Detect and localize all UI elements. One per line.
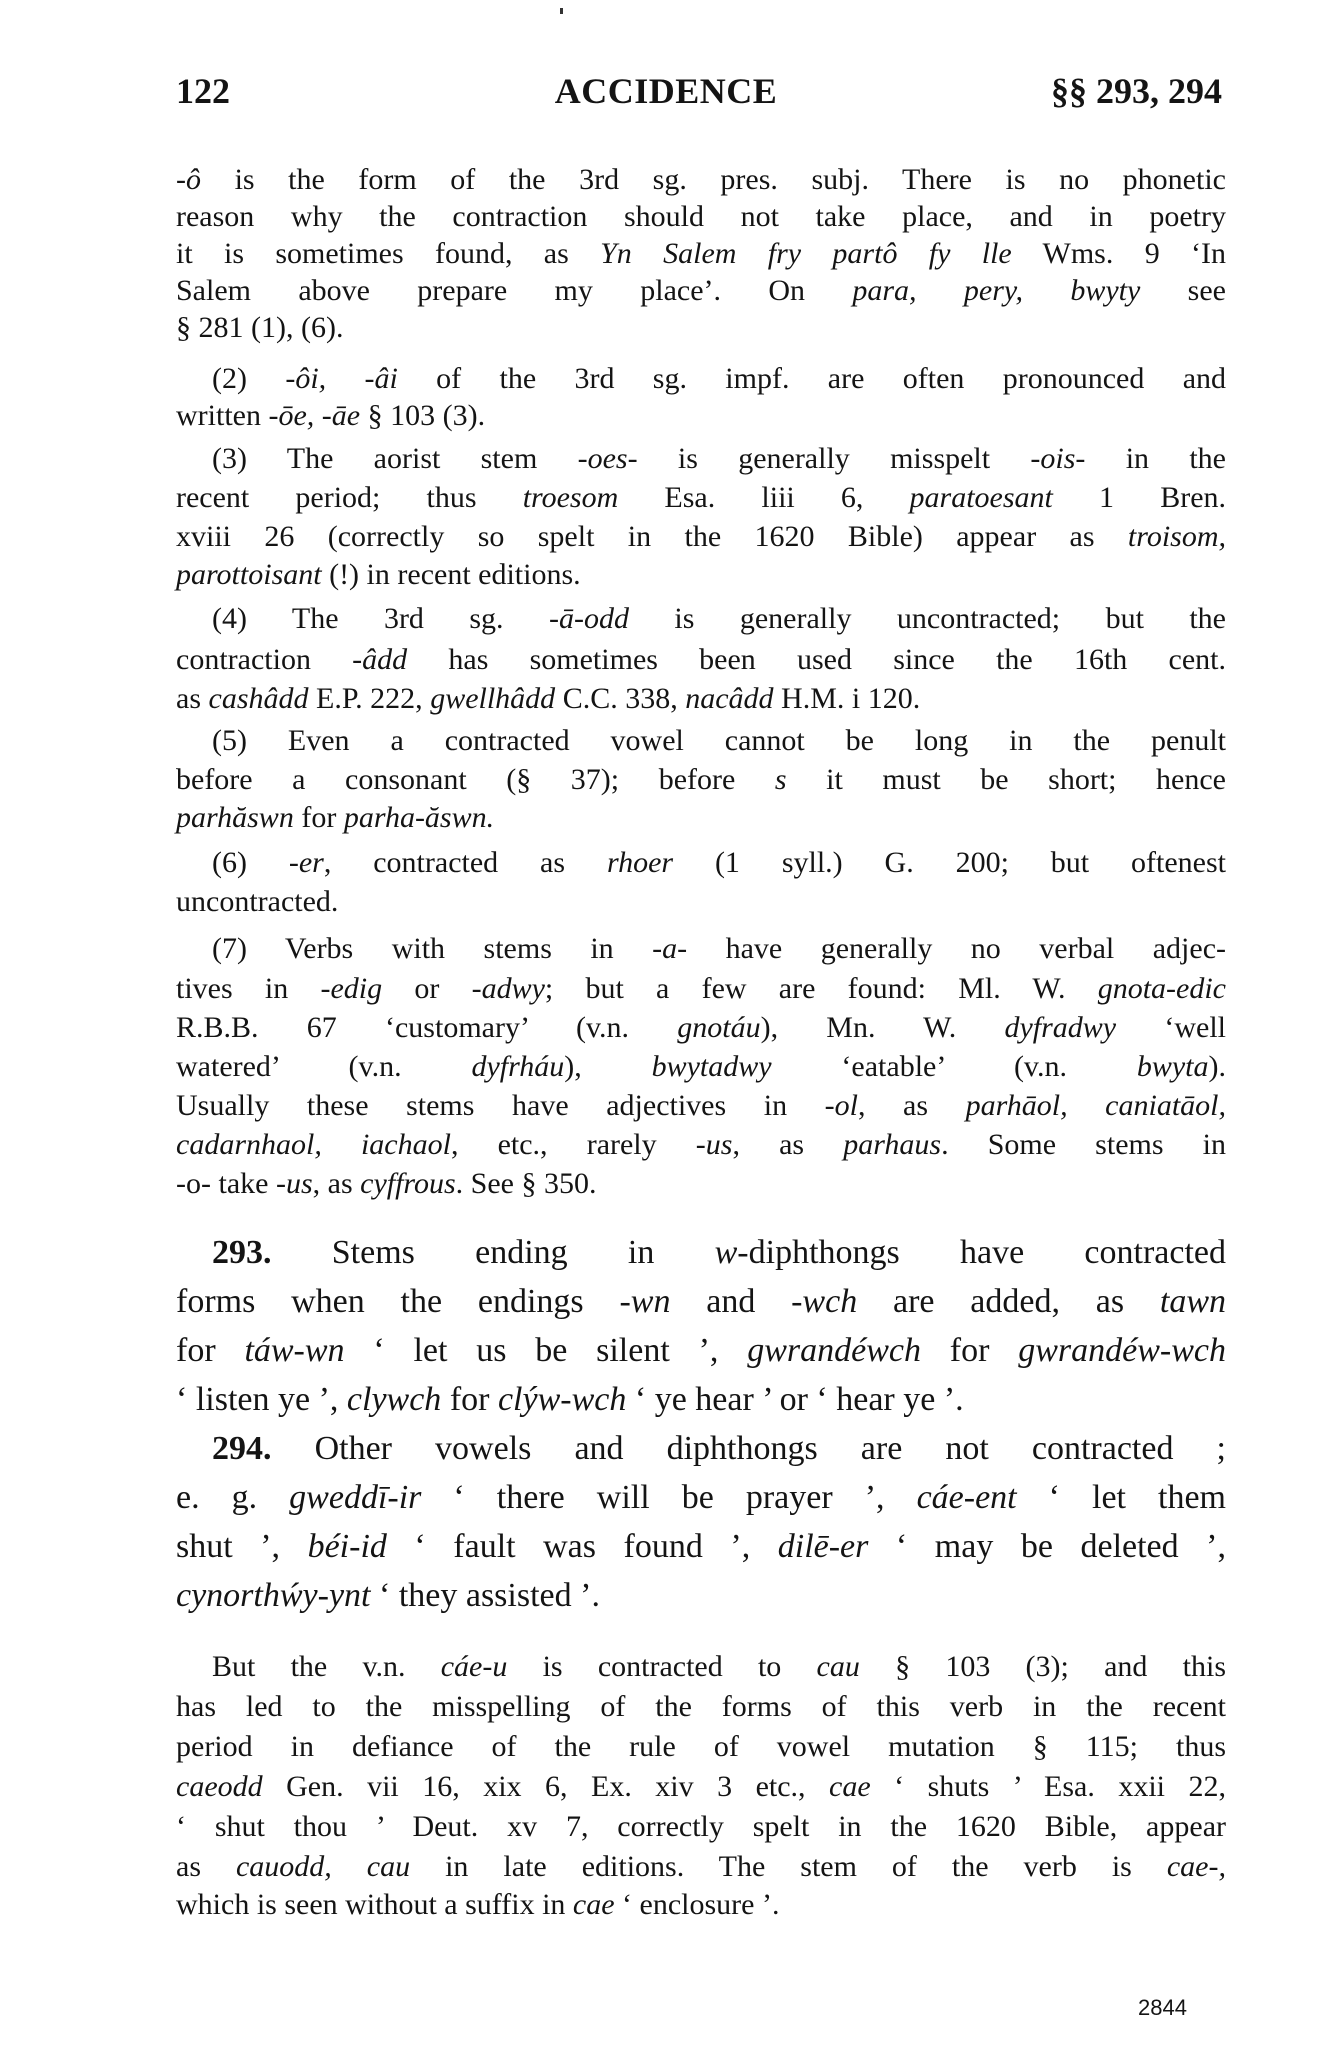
text-run: . Some stems in bbox=[941, 1128, 1226, 1161]
italic-term: cashâdd bbox=[209, 682, 309, 715]
text-run: § 103 (3); and this bbox=[860, 1650, 1226, 1683]
italic-term: nacâdd bbox=[685, 682, 773, 715]
text-run: C.C. 338, bbox=[555, 682, 685, 715]
text-run: , as bbox=[858, 1089, 966, 1122]
italic-term: dilē-er bbox=[778, 1528, 869, 1565]
text-line: it is sometimes found, as Yn Salem fry p… bbox=[176, 237, 1226, 271]
text-run: , etc., rarely bbox=[451, 1128, 696, 1161]
text-line: caeodd Gen. vii 16, xix 6, Ex. xiv 3 etc… bbox=[176, 1770, 1226, 1804]
italic-term: cáe-u bbox=[441, 1650, 508, 1683]
italic-term: -ōe, -āe bbox=[268, 399, 360, 432]
text-run: ‘ ye hear ’ or ‘ hear ye ’. bbox=[626, 1381, 963, 1418]
italic-term: gwrandéw-wch bbox=[1018, 1332, 1226, 1369]
text-run: ‘ shuts ’ Esa. xxii 22, bbox=[871, 1770, 1226, 1803]
italic-term: parhāol, caniatāol, bbox=[966, 1089, 1226, 1122]
section-reference: §§ 293, 294 bbox=[1051, 70, 1222, 112]
section-number: 294. bbox=[212, 1430, 272, 1467]
text-line: -o- take -us, as cyffrous. See § 350. bbox=[176, 1167, 1226, 1201]
text-run: Other vowels and diphthongs are not cont… bbox=[272, 1430, 1227, 1467]
text-run: is contracted to bbox=[507, 1650, 816, 1683]
italic-term: -ôi, -âi bbox=[285, 362, 398, 395]
italic-term: gweddī-ir bbox=[289, 1479, 421, 1516]
text-run: ‘ there will be prayer ’, bbox=[421, 1479, 916, 1516]
text-line: (2) -ôi, -âi of the 3rd sg. impf. are of… bbox=[176, 362, 1226, 396]
text-run: it is sometimes found, as bbox=[176, 237, 600, 270]
text-run: Usually these stems have adjectives in bbox=[176, 1089, 825, 1122]
text-run: is the form of the 3rd sg. pres. subj. T… bbox=[201, 163, 1226, 196]
print-speck bbox=[560, 8, 563, 14]
text-run: as bbox=[176, 1850, 236, 1883]
italic-term: cau bbox=[817, 1650, 860, 1683]
text-run: have generally no verbal adjec- bbox=[687, 932, 1226, 965]
text-line: which is seen without a suffix in cae ‘ … bbox=[176, 1888, 1226, 1922]
text-run: for bbox=[176, 1332, 244, 1369]
text-line: period in defiance of the rule of vowel … bbox=[176, 1730, 1226, 1764]
text-run: as bbox=[176, 682, 209, 715]
italic-term: parha-ăswn. bbox=[344, 801, 494, 834]
italic-term: rhoer bbox=[607, 846, 673, 879]
italic-term: táw-wn bbox=[244, 1332, 344, 1369]
text-run: is generally misspelt bbox=[638, 442, 1031, 475]
text-run: (5) Even a contracted vowel cannot be lo… bbox=[212, 724, 1226, 757]
italic-term: cáe-ent bbox=[917, 1479, 1017, 1516]
italic-term: -adwy bbox=[472, 972, 545, 1005]
italic-term: gnotáu bbox=[677, 1011, 760, 1044]
italic-term: -wn bbox=[619, 1283, 670, 1320]
text-line: § 281 (1), (6). bbox=[176, 311, 1226, 345]
text-run: or bbox=[382, 972, 471, 1005]
text-run: ‘ they assisted ’. bbox=[371, 1577, 600, 1614]
italic-term: cyffrous bbox=[360, 1167, 456, 1200]
text-run: has led to the misspelling of the forms … bbox=[176, 1690, 1226, 1723]
italic-term: gwrandéwch bbox=[747, 1332, 921, 1369]
text-line: e. g. gweddī-ir ‘ there will be prayer ’… bbox=[176, 1479, 1226, 1517]
text-run: E.P. 222, bbox=[309, 682, 431, 715]
text-line: parottoisant (!) in recent editions. bbox=[176, 558, 1226, 592]
text-run: ), Mn. W. bbox=[761, 1011, 1005, 1044]
text-line: shut ’, béi-id ‘ fault was found ’, dilē… bbox=[176, 1528, 1226, 1566]
text-line: reason why the contraction should not ta… bbox=[176, 200, 1226, 234]
text-run: is generally uncontracted; but the bbox=[629, 602, 1226, 635]
text-run: before a consonant (§ 37); before bbox=[176, 763, 775, 796]
text-run: of the 3rd sg. impf. are often pronounce… bbox=[398, 362, 1226, 395]
italic-term: -us bbox=[696, 1128, 733, 1161]
text-run: for bbox=[294, 801, 344, 834]
text-run: which is seen without a suffix in bbox=[176, 1888, 573, 1921]
text-run: for bbox=[441, 1381, 498, 1418]
italic-term: dyfrháu bbox=[471, 1050, 564, 1083]
italic-term: clywch bbox=[347, 1381, 441, 1418]
italic-term: cae bbox=[573, 1888, 615, 1921]
italic-term: troesom bbox=[523, 481, 619, 514]
text-run: has sometimes been used since the 16th c… bbox=[407, 643, 1226, 676]
text-run: tives in bbox=[176, 972, 320, 1005]
text-run: forms when the endings bbox=[176, 1283, 619, 1320]
text-line: for táw-wn ‘ let us be silent ’, gwrandé… bbox=[176, 1332, 1226, 1370]
italic-term: -oes- bbox=[578, 442, 638, 475]
italic-term: -wch bbox=[791, 1283, 857, 1320]
italic-term: cauodd, cau bbox=[236, 1850, 410, 1883]
text-run: ‘ shut thou ’ Deut. xv 7, correctly spel… bbox=[176, 1810, 1226, 1843]
text-run: Salem above prepare my place’. On bbox=[176, 274, 852, 307]
text-run: e. g. bbox=[176, 1479, 289, 1516]
text-line: xviii 26 (correctly so spelt in the 1620… bbox=[176, 520, 1226, 554]
text-line: Salem above prepare my place’. On para, … bbox=[176, 274, 1226, 308]
italic-term: -edig bbox=[320, 972, 382, 1005]
text-line: -ô is the form of the 3rd sg. pres. subj… bbox=[176, 163, 1226, 197]
text-run: in late editions. The stem of the verb i… bbox=[410, 1850, 1167, 1883]
italic-term: tawn bbox=[1160, 1283, 1226, 1320]
italic-term: -ô bbox=[176, 163, 201, 196]
italic-term: cae bbox=[829, 1770, 871, 1803]
text-line: written -ōe, -āe § 103 (3). bbox=[176, 399, 1226, 433]
text-run: recent period; thus bbox=[176, 481, 523, 514]
text-line: cadarnhaol, iachaol, etc., rarely -us, a… bbox=[176, 1128, 1226, 1162]
italic-term: -ol bbox=[825, 1089, 858, 1122]
italic-term: gnota-edic bbox=[1098, 972, 1226, 1005]
text-line: has led to the misspelling of the forms … bbox=[176, 1690, 1226, 1724]
text-run: -diphthongs have contracted bbox=[737, 1234, 1226, 1271]
text-run: (3) The aorist stem bbox=[212, 442, 578, 475]
text-run: , as bbox=[732, 1128, 843, 1161]
text-run: Esa. liii 6, bbox=[618, 481, 909, 514]
italic-term: cynorthẃy-ynt bbox=[176, 1577, 371, 1614]
text-run: Gen. vii 16, xix 6, Ex. xiv 3 etc., bbox=[263, 1770, 829, 1803]
text-line: watered’ (v.n. dyfrháu), bwytadwy ‘eatab… bbox=[176, 1050, 1226, 1084]
text-run: ‘well bbox=[1116, 1011, 1226, 1044]
italic-term: parottoisant bbox=[176, 558, 322, 591]
text-run: ‘ may be deleted ’, bbox=[868, 1528, 1226, 1565]
text-run: ). bbox=[1209, 1050, 1227, 1083]
text-line: before a consonant (§ 37); before s it m… bbox=[176, 763, 1226, 797]
text-run: ), bbox=[564, 1050, 651, 1083]
text-run: 1 Bren. bbox=[1053, 481, 1226, 514]
text-run: , contracted as bbox=[324, 846, 607, 879]
text-run: (2) bbox=[212, 362, 285, 395]
italic-term: -ā-odd bbox=[549, 602, 629, 635]
text-run: (1 syll.) G. 200; but oftenest bbox=[673, 846, 1226, 879]
text-line: cynorthẃy-ynt ‘ they assisted ’. bbox=[176, 1577, 1226, 1615]
text-line: parhăswn for parha-ăswn. bbox=[176, 801, 1226, 835]
text-run: § 281 (1), (6). bbox=[176, 311, 343, 344]
italic-term: parhăswn bbox=[176, 801, 294, 834]
text-line: (4) The 3rd sg. -ā-odd is generally unco… bbox=[176, 602, 1226, 636]
italic-term: bwyta bbox=[1137, 1050, 1209, 1083]
text-run: -o- take bbox=[176, 1167, 276, 1200]
text-run: ‘ let them bbox=[1017, 1479, 1226, 1516]
text-line: (6) -er, contracted as rhoer (1 syll.) G… bbox=[176, 846, 1226, 880]
text-run: (7) Verbs with stems in bbox=[212, 932, 652, 965]
text-run: . See § 350. bbox=[456, 1167, 597, 1200]
text-run: ‘ enclosure ’. bbox=[615, 1888, 780, 1921]
text-line: as cauodd, cau in late editions. The ste… bbox=[176, 1850, 1226, 1884]
text-line: 293. Stems ending in w-diphthongs have c… bbox=[176, 1234, 1226, 1272]
text-run: Wms. 9 ‘In bbox=[1012, 237, 1226, 270]
text-run: ‘ fault was found ’, bbox=[387, 1528, 778, 1565]
text-run: , as bbox=[313, 1167, 361, 1200]
text-run: and bbox=[670, 1283, 791, 1320]
italic-term: dyfradwy bbox=[1004, 1011, 1116, 1044]
text-run: see bbox=[1140, 274, 1226, 307]
italic-term: cae-, bbox=[1167, 1850, 1226, 1883]
text-run: for bbox=[921, 1332, 1018, 1369]
italic-term: parhaus bbox=[843, 1128, 941, 1161]
text-line: Usually these stems have adjectives in -… bbox=[176, 1089, 1226, 1123]
text-run: uncontracted. bbox=[176, 885, 338, 918]
italic-term: -us bbox=[276, 1167, 313, 1200]
text-line: But the v.n. cáe-u is contracted to cau … bbox=[176, 1650, 1226, 1684]
italic-term: Yn Salem fry partô fy lle bbox=[600, 237, 1012, 270]
text-run: are added, as bbox=[857, 1283, 1160, 1320]
text-run: (!) in recent editions. bbox=[322, 558, 581, 591]
italic-term: cadarnhaol, iachaol bbox=[176, 1128, 451, 1161]
text-line: (5) Even a contracted vowel cannot be lo… bbox=[176, 724, 1226, 758]
text-line: tives in -edig or -adwy; but a few are f… bbox=[176, 972, 1226, 1006]
text-run: ‘ let us be silent ’, bbox=[345, 1332, 748, 1369]
italic-term: -âdd bbox=[352, 643, 407, 676]
italic-term: s bbox=[775, 763, 787, 796]
text-line: ‘ shut thou ’ Deut. xv 7, correctly spel… bbox=[176, 1810, 1226, 1844]
text-line: (7) Verbs with stems in -a- have general… bbox=[176, 932, 1226, 966]
scan-number: 2844 bbox=[1138, 1995, 1187, 2021]
italic-term: caeodd bbox=[176, 1770, 263, 1803]
text-run: xviii 26 (correctly so spelt in the 1620… bbox=[176, 520, 1128, 553]
text-line: (3) The aorist stem -oes- is generally m… bbox=[176, 442, 1226, 476]
italic-term: -a- bbox=[652, 932, 687, 965]
text-run: ; but a few are found: Ml. W. bbox=[545, 972, 1098, 1005]
text-run: ‘eatable’ (v.n. bbox=[772, 1050, 1137, 1083]
italic-term: clýw-wch bbox=[498, 1381, 626, 1418]
text-run: H.M. i 120. bbox=[774, 682, 921, 715]
text-line: contraction -âdd has sometimes been used… bbox=[176, 643, 1226, 677]
italic-term: paratoesant bbox=[910, 481, 1053, 514]
text-line: uncontracted. bbox=[176, 885, 1226, 919]
text-run: written bbox=[176, 399, 268, 432]
italic-term: para, pery, bwyty bbox=[852, 274, 1140, 307]
text-run: § 103 (3). bbox=[360, 399, 485, 432]
text-line: as cashâdd E.P. 222, gwellhâdd C.C. 338,… bbox=[176, 682, 1226, 716]
text-run: (4) The 3rd sg. bbox=[212, 602, 549, 635]
text-run: reason why the contraction should not ta… bbox=[176, 200, 1226, 233]
italic-term: gwellhâdd bbox=[430, 682, 555, 715]
text-run: in the bbox=[1085, 442, 1226, 475]
text-line: 294. Other vowels and diphthongs are not… bbox=[176, 1430, 1226, 1468]
text-line: forms when the endings -wn and -wch are … bbox=[176, 1283, 1226, 1321]
text-run: Stems ending in bbox=[272, 1234, 715, 1271]
text-run: (6) bbox=[212, 846, 289, 879]
italic-term: -ois- bbox=[1030, 442, 1085, 475]
text-run: R.B.B. 67 ‘customary’ (v.n. bbox=[176, 1011, 677, 1044]
italic-term: bwytadwy bbox=[652, 1050, 772, 1083]
text-run: But the v.n. bbox=[212, 1650, 441, 1683]
text-run: shut ’, bbox=[176, 1528, 308, 1565]
text-run: contraction bbox=[176, 643, 352, 676]
text-line: R.B.B. 67 ‘customary’ (v.n. gnotáu), Mn.… bbox=[176, 1011, 1226, 1045]
text-run: ‘ listen ye ’, bbox=[176, 1381, 347, 1418]
text-run: watered’ (v.n. bbox=[176, 1050, 471, 1083]
text-line: recent period; thus troesom Esa. liii 6,… bbox=[176, 481, 1226, 515]
text-run: it must be short; hence bbox=[787, 763, 1226, 796]
section-number: 293. bbox=[212, 1234, 272, 1271]
italic-term: béi-id bbox=[308, 1528, 387, 1565]
italic-term: troisom, bbox=[1128, 520, 1226, 553]
text-line: ‘ listen ye ’, clywch for clýw-wch ‘ ye … bbox=[176, 1381, 1226, 1419]
italic-term: w bbox=[715, 1234, 738, 1271]
italic-term: -er bbox=[289, 846, 324, 879]
text-run: period in defiance of the rule of vowel … bbox=[176, 1730, 1226, 1763]
